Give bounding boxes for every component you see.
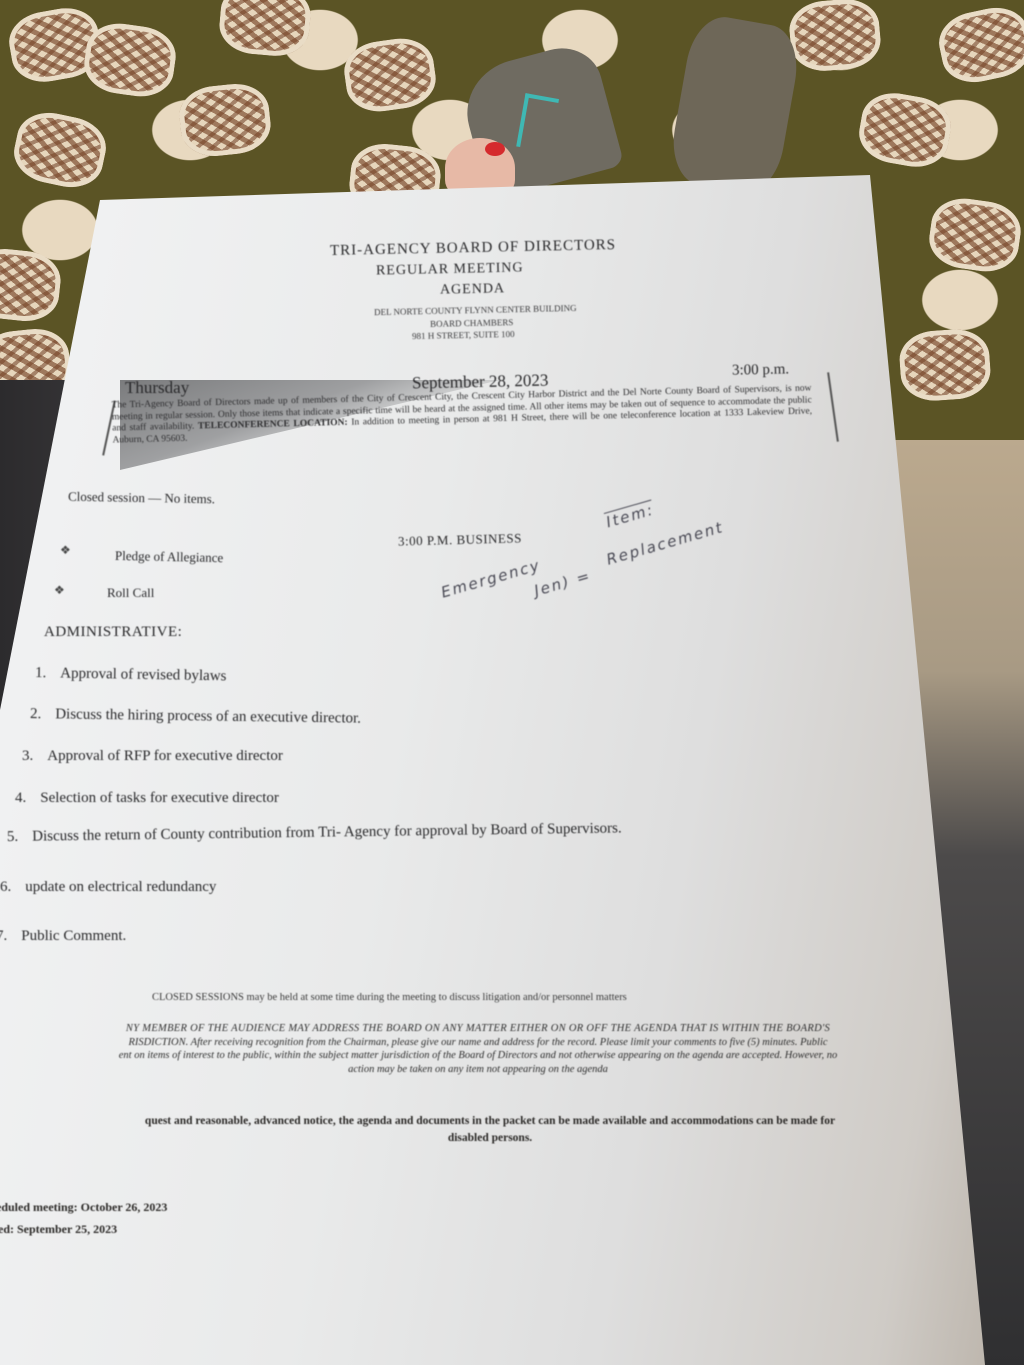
agenda-item: 4.Selection of tasks for executive direc…	[15, 790, 279, 807]
notice-line: quest and reasonable, advanced notice, t…	[0, 1113, 990, 1130]
item-label: Selection of tasks for executive directo…	[40, 790, 279, 806]
notice-line: action may be taken on any item not appe…	[0, 1063, 978, 1077]
item-label: Discuss the hiring process of an executi…	[55, 706, 361, 726]
agenda-item: 7.Public Comment.	[0, 928, 126, 945]
item-number: 1.	[35, 665, 47, 681]
agenda-item: 1.Approval of revised bylaws	[35, 665, 227, 685]
address-line: BOARD CHAMBERS	[430, 317, 513, 329]
closed-session: Closed session — No items.	[68, 489, 215, 508]
item-number: 7.	[0, 928, 7, 944]
handwritten-text: Emergency	[439, 556, 543, 602]
item-number: 2.	[30, 706, 41, 722]
agenda-item: 5.Discuss the return of County contribut…	[7, 820, 622, 846]
item-label: Discuss the return of County contributio…	[32, 820, 622, 844]
accessibility-notice: quest and reasonable, advanced notice, t…	[0, 1113, 990, 1147]
handwritten-note: Emergency Item: Jen) = Replacement	[425, 441, 782, 640]
closed-sessions-note: CLOSED SESSIONS may be held at some time…	[152, 992, 627, 1003]
agenda-document: TRI-AGENCY BOARD OF DIRECTORS REGULAR ME…	[0, 0, 1024, 1365]
item-number: 5.	[7, 829, 18, 845]
box-border	[827, 372, 839, 442]
meeting-time: 3:00 p.m.	[732, 361, 789, 379]
posted-date: ed: September 25, 2023	[0, 1222, 117, 1237]
notice-line: disabled persons.	[0, 1130, 990, 1147]
agenda-item: 6.update on electrical redundancy	[0, 879, 216, 896]
address-line: DEL NORTE COUNTY FLYNN CENTER BUILDING	[374, 303, 577, 317]
item-label: Approval of revised bylaws	[60, 665, 226, 684]
document-title: TRI-AGENCY BOARD OF DIRECTORS	[330, 237, 616, 260]
item-label: update on electrical redundancy	[25, 879, 216, 895]
notice-line: RISDICTION. After receiving recognition …	[0, 1036, 978, 1050]
notice-line: ent on items of interest to the public, …	[0, 1049, 978, 1063]
item-number: 3.	[22, 748, 33, 764]
item-label: Approval of RFP for executive director	[47, 748, 283, 764]
handwritten-text: Item:	[604, 500, 656, 531]
agenda-label: AGENDA	[440, 281, 505, 298]
diamond-bullet-icon: ❖	[60, 543, 71, 558]
notice-line: NY MEMBER OF THE AUDIENCE MAY ADDRESS TH…	[0, 1022, 978, 1036]
item-number: 6.	[0, 879, 11, 895]
opening-item-pledge: Pledge of Allegiance	[115, 548, 224, 566]
diamond-bullet-icon: ❖	[54, 583, 65, 598]
address-line: 981 H STREET, SUITE 100	[412, 329, 515, 341]
agenda-item: 2.Discuss the hiring process of an execu…	[30, 706, 361, 728]
item-label: Public Comment.	[21, 928, 126, 944]
meeting-day: Thursday	[125, 378, 189, 398]
audience-notice: NY MEMBER OF THE AUDIENCE MAY ADDRESS TH…	[0, 1022, 978, 1076]
meeting-intro: The Tri-Agency Board of Directors made u…	[112, 383, 813, 446]
section-heading: ADMINISTRATIVE:	[44, 624, 182, 641]
agenda-item: 3.Approval of RFP for executive director	[22, 748, 283, 765]
opening-item-roll-call: Roll Call	[107, 585, 154, 601]
next-meeting: eduled meeting: October 26, 2023	[0, 1200, 167, 1215]
document-subtitle: REGULAR MEETING	[376, 260, 524, 279]
item-number: 4.	[15, 790, 26, 806]
